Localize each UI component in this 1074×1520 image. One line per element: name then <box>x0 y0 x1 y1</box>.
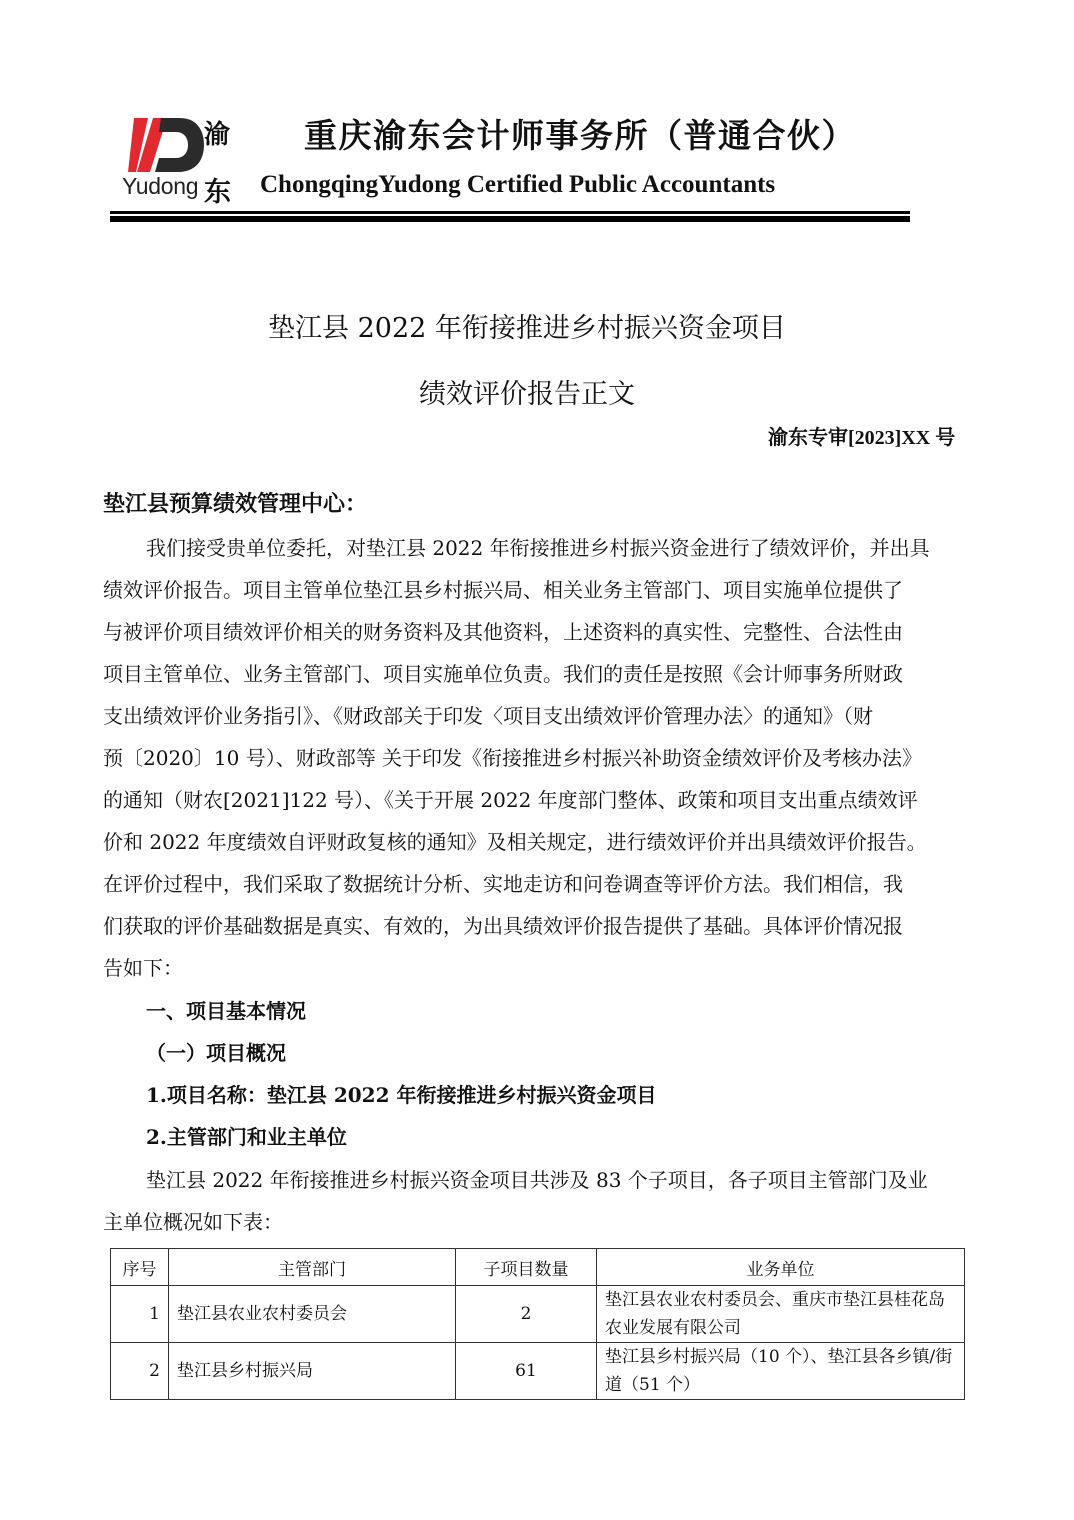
intro-line: 与被评价项目绩效评价相关的财务资料及其他资料，上述资料的真实性、完整性、合法性由 <box>103 616 903 645</box>
subsection-heading: （一）项目概况 <box>146 1037 286 1066</box>
item-departments-heading: 2.主管部门和业主单位 <box>146 1121 347 1150</box>
firm-name-en: ChongqingYudong Certified Public Account… <box>260 171 775 199</box>
departments-table: 序号 主管部门 子项目数量 业务单位 1 垫江县农业农村委员会 2 垫江县农业农… <box>110 1248 965 1400</box>
table-row: 2 垫江县乡村振兴局 61 垫江县乡村振兴局（10 个）、垫江县各乡镇/街道（5… <box>111 1343 965 1400</box>
cell-count: 61 <box>456 1343 597 1400</box>
cell-department: 垫江县乡村振兴局 <box>169 1343 456 1400</box>
table-header: 主管部门 <box>169 1249 456 1286</box>
table-header: 业务单位 <box>597 1249 965 1286</box>
intro-line: 支出绩效评价业务指引》、《财政部关于印发〈项目支出绩效评价管理办法〉的通知》（财 <box>103 700 873 729</box>
table-header: 子项目数量 <box>456 1249 597 1286</box>
cell-units: 垫江县乡村振兴局（10 个）、垫江县各乡镇/街道（51 个） <box>597 1343 965 1400</box>
intro-line: 告如下： <box>103 952 183 981</box>
cell-count: 2 <box>456 1286 597 1343</box>
body-line: 主单位概况如下表： <box>103 1206 283 1235</box>
item-project-name: 1.项目名称：垫江县 2022 年衔接推进乡村振兴资金项目 <box>146 1079 656 1108</box>
logo-text: Yudong <box>122 173 198 200</box>
report-title-line2: 绩效评价报告正文 <box>419 372 635 411</box>
cell-index: 2 <box>111 1343 169 1400</box>
intro-line: 我们接受贵单位委托，对垫江县 2022 年衔接推进乡村振兴资金进行了绩效评价，并… <box>146 532 930 561</box>
table-row: 1 垫江县农业农村委员会 2 垫江县农业农村委员会、重庆市垫江县桂花岛农业发展有… <box>111 1286 965 1343</box>
intro-line: 价和 2022 年度绩效自评财政复核的通知》及相关规定，进行绩效评价并出具绩效评… <box>103 826 927 855</box>
report-title-line1: 垫江县 2022 年衔接推进乡村振兴资金项目 <box>268 306 786 345</box>
cell-index: 1 <box>111 1286 169 1343</box>
yudong-logo-icon <box>128 116 204 174</box>
header-rule-thin <box>110 211 910 214</box>
body-line: 垫江县 2022 年衔接推进乡村振兴资金项目共涉及 83 个子项目，各子项目主管… <box>146 1164 928 1193</box>
logo-char-top: 渝 <box>204 114 230 151</box>
intro-line: 项目主管单位、业务主管部门、项目实施单位负责。我们的责任是按照《会计师事务所财政 <box>103 658 903 687</box>
logo-char-bottom: 东 <box>204 170 231 209</box>
table-header-row: 序号 主管部门 子项目数量 业务单位 <box>111 1249 965 1286</box>
document-number: 渝东专审[2023]XX 号 <box>768 421 955 450</box>
cell-department: 垫江县农业农村委员会 <box>169 1286 456 1343</box>
cell-units: 垫江县农业农村委员会、重庆市垫江县桂花岛农业发展有限公司 <box>597 1286 965 1343</box>
section-heading: 一、项目基本情况 <box>146 995 306 1024</box>
intro-line: 绩效评价报告。项目主管单位垫江县乡村振兴局、相关业务主管部门、项目实施单位提供了 <box>103 574 903 603</box>
header-rule-thick <box>110 216 910 222</box>
intro-line: 们获取的评价基础数据是真实、有效的，为出具绩效评价报告提供了基础。具体评价情况报 <box>103 910 903 939</box>
firm-name-cn: 重庆渝东会计师事务所（普通合伙） <box>304 110 856 157</box>
table-header: 序号 <box>111 1249 169 1286</box>
intro-line: 的通知（财农[2021]122 号）、《关于开展 2022 年度部门整体、政策和… <box>103 784 918 813</box>
intro-line: 在评价过程中，我们采取了数据统计分析、实地走访和问卷调查等评价方法。我们相信，我 <box>103 868 903 897</box>
intro-line: 预〔2020〕10 号）、财政部等 关于印发《衔接推进乡村振兴补助资金绩效评价及… <box>103 742 922 771</box>
addressee: 垫江县预算绩效管理中心： <box>103 487 367 518</box>
